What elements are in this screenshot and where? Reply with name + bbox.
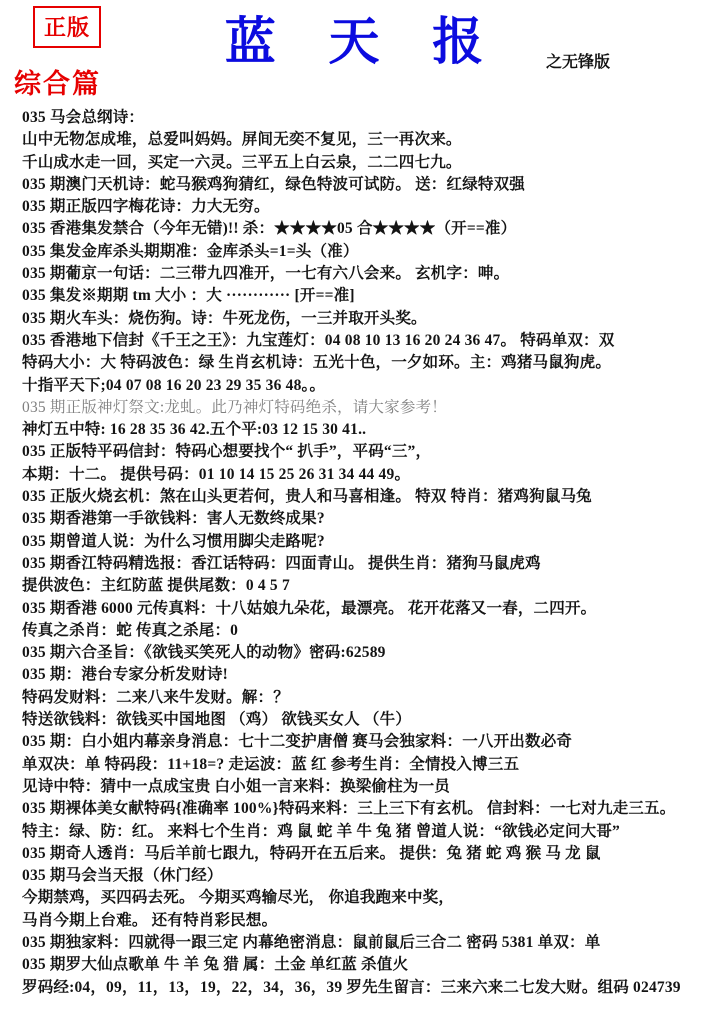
text-line: 035 马会总纲诗： xyxy=(22,107,706,129)
text-line: 罗码经:04，09，11，13，19，22，34，36，39 罗先生留言：三来六… xyxy=(22,977,706,999)
text-line: 千山成水走一回，买定一六灵。三平五上白云泉，二二四七九。 xyxy=(22,152,706,174)
text-line: 今期禁鸡，买四码去死。 今期买鸡输尽光， 你追我跑来中奖， xyxy=(22,887,706,909)
text-line: 035 期独家料：四就得一跟三定 内幕绝密消息：鼠前鼠后三合二 密码 5381 … xyxy=(22,932,706,954)
text-line: 特送欲钱料：欲钱买中国地图 （鸡） 欲钱买女人 （牛） xyxy=(22,709,706,731)
text-line: 山中无物怎成堆，总爱叫妈妈。屏间无奕不复见，三一再次来。 xyxy=(22,129,706,151)
lantianbao-page: 正版 蓝 天 报 之无锋版 综合篇 035 马会总纲诗：山中无物怎成堆，总爱叫妈… xyxy=(0,0,708,1017)
body-lines: 035 马会总纲诗：山中无物怎成堆，总爱叫妈妈。屏间无奕不复见，三一再次来。千山… xyxy=(22,107,706,999)
text-line: 035 期奇人透肖：马后羊前七跟九，特码开在五后来。 提供：兔 猪 蛇 鸡 猴 … xyxy=(22,843,706,865)
text-line: 035 期香港第一手欲钱料：害人无数终成果? xyxy=(22,508,706,530)
text-line: 035 期正版四字梅花诗：力大无穷。 xyxy=(22,196,706,218)
text-line: 035 期正版神灯祭文:龙虬。此乃神灯特码绝杀，请大家参考！ xyxy=(22,397,706,419)
text-line: 十指平天下;04 07 08 16 20 23 29 35 36 48。。 xyxy=(22,375,706,397)
section-heading: 综合篇 xyxy=(14,62,101,101)
text-line: 035 期曾道人说：为什么习惯用脚尖走路呢? xyxy=(22,531,706,553)
text-line: 035 期葡京一句话：二三带九四准开，一七有六八会来。 玄机字：呻。 xyxy=(22,263,706,285)
text-line: 035 正版火烧玄机：煞在山头更若何，贵人和马喜相逢。 特双 特肖：猪鸡狗鼠马兔 xyxy=(22,486,706,508)
text-line: 035 期六合圣旨：《欲钱买笑死人的动物》密码:62589 xyxy=(22,642,706,664)
text-line: 035 期香港 6000 元传真料：十八姑娘九朵花，最漂亮。 花开花落又一春，二… xyxy=(22,598,706,620)
text-line: 见诗中特：猜中一点成宝贵 白小姐一言来料：换梁偷柱为一员 xyxy=(22,776,706,798)
text-line: 马肖今期上台难。 还有特肖彩民想。 xyxy=(22,910,706,932)
text-line: 035 期：港台专家分析发财诗! xyxy=(22,664,706,686)
text-line: 特码发财料：二来八来牛发财。解：？ xyxy=(22,687,706,709)
text-line: 传真之杀肖：蛇 传真之杀尾：0 xyxy=(22,620,706,642)
text-line: 035 正版特平码信封：特码心想要找个“ 扒手”，平码“三”， xyxy=(22,441,706,463)
text-line: 神灯五中特: 16 28 35 36 42.五个平:03 12 15 30 41… xyxy=(22,419,706,441)
text-line: 035 期澳门天机诗：蛇马猴鸡狗猜红，绿色特波可试防。 送：红绿特双强 xyxy=(22,174,706,196)
text-line: 035 香港集发禁合（今年无错)!! 杀：★★★★05 合★★★★（开==准） xyxy=(22,218,706,240)
text-line: 本期：十二。 提供号码：01 10 14 15 25 26 31 34 44 4… xyxy=(22,464,706,486)
text-line: 035 集发金库杀头期期准：金库杀头=1=头（准） xyxy=(22,241,706,263)
text-line: 035 期香江特码精选报：香江话特码：四面青山。 提供生肖：猪狗马鼠虎鸡 xyxy=(22,553,706,575)
text-line: 035 集发※期期 tm 大小 ：大 ············ [开==准] xyxy=(22,285,706,307)
text-line: 035 期裸体美女献特码{准确率 100%}特码来料：三上三下有玄机。 信封料：… xyxy=(22,798,706,820)
text-line: 035 期马会当天报（休门经） xyxy=(22,865,706,887)
text-line: 特码大小：大 特码波色：绿 生肖玄机诗：五光十色，一夕如环。主：鸡猪马鼠狗虎。 xyxy=(22,352,706,374)
text-line: 035 期罗大仙点歌单 牛 羊 兔 猎 属：土金 单红蓝 杀值火 xyxy=(22,954,706,976)
text-line: 特主：绿、防：红。 来料七个生肖：鸡 鼠 蛇 羊 牛 兔 猪 曾道人说：“欲钱必… xyxy=(22,821,706,843)
text-line: 035 香港地下信封《千王之王》：九宝莲灯：04 08 10 13 16 20 … xyxy=(22,330,706,352)
text-line: 035 期：白小姐内幕亲身消息：七十二变护唐僧 赛马会独家料：一八开出数必奇 xyxy=(22,731,706,753)
text-line: 035 期火车头：烧伤狗。诗：牛死龙伤，一三并取开头奖。 xyxy=(22,308,706,330)
edition-label: 之无锋版 xyxy=(546,49,610,72)
text-line: 提供波色：主红防蓝 提供尾数：0 4 5 7 xyxy=(22,575,706,597)
text-line: 单双决：单 特码段：11+18=? 走运波：蓝 红 参考生肖：全情投入博三五 xyxy=(22,754,706,776)
